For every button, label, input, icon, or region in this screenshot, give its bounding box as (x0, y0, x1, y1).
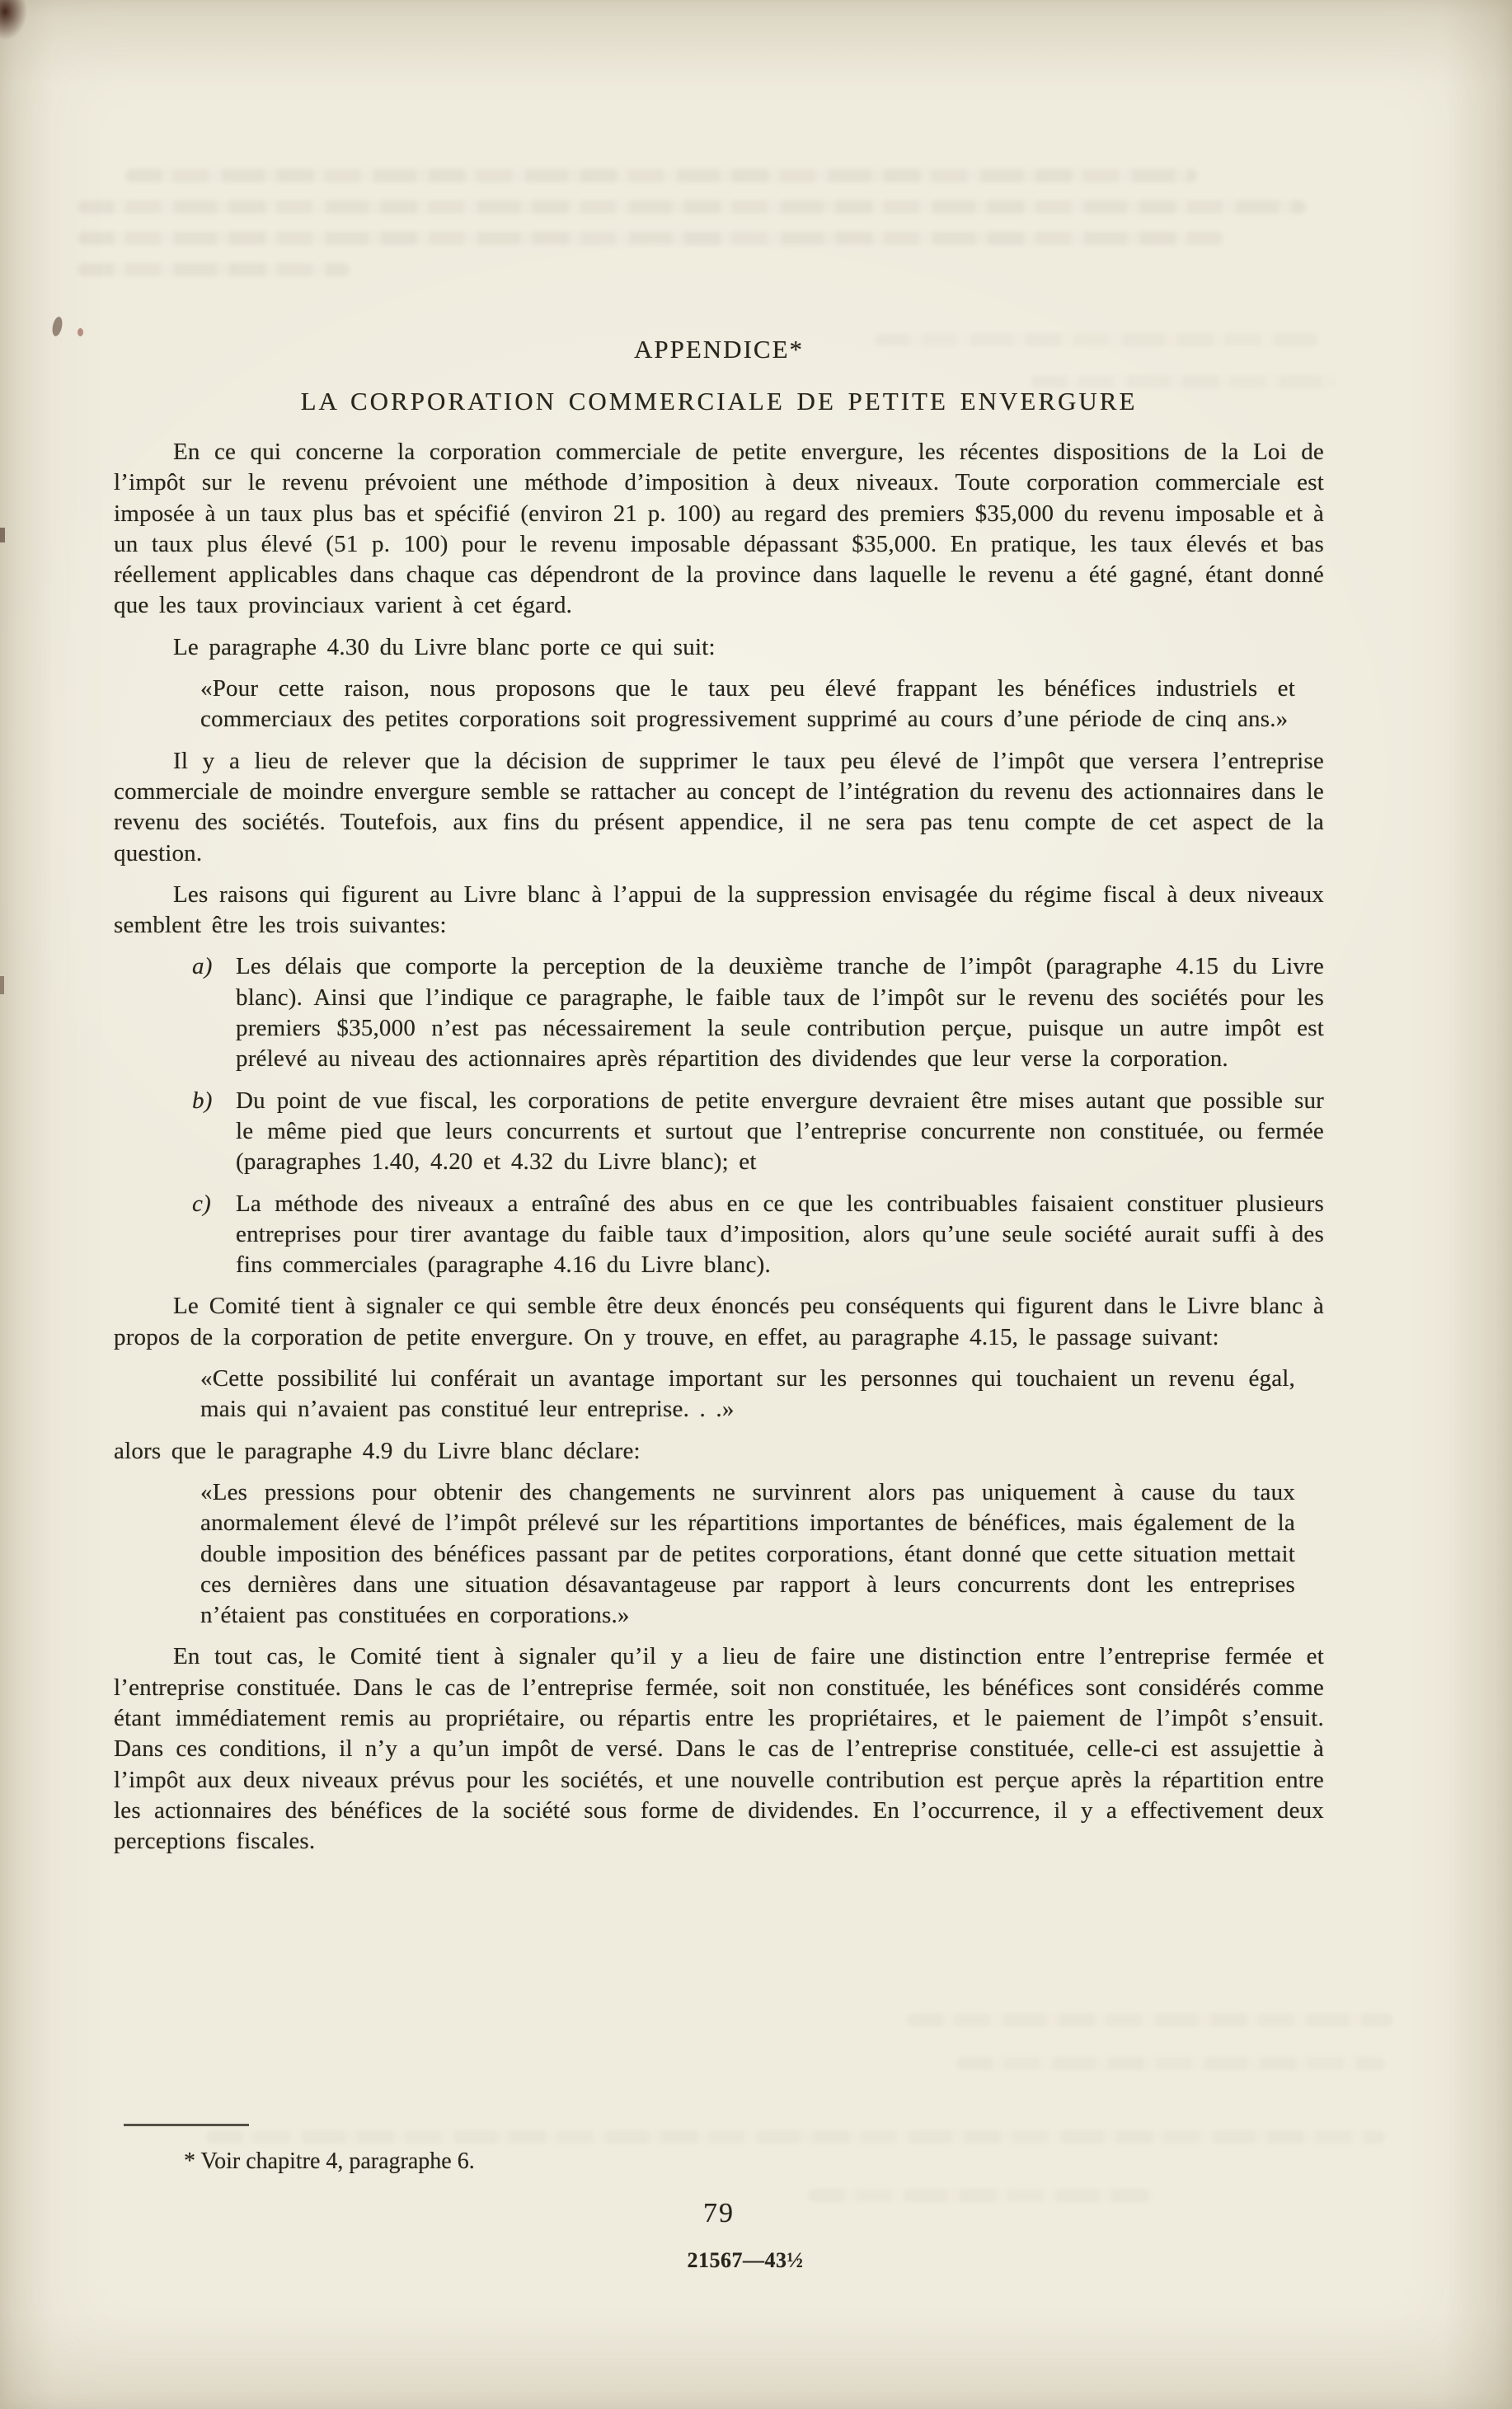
scan-speck (0, 528, 5, 542)
paragraph-livre-blanc-430: Le paragraphe 4.30 du Livre blanc porte … (114, 632, 1324, 663)
footnote: * Voir chapitre 4, paragraphe 6. (114, 2146, 1324, 2177)
quote-paragraph-49: «Les pressions pour obtenir des changeme… (200, 1477, 1295, 1631)
quote-paragraph-415: «Cette possibilité lui conférait un avan… (200, 1364, 1295, 1425)
reason-label-b: b) (192, 1086, 213, 1116)
reason-label-a: a) (192, 951, 213, 982)
footnote-rule (124, 2124, 249, 2126)
paragraph-raisons: Les raisons qui figurent au Livre blanc … (114, 880, 1324, 942)
reason-text-c: La méthode des niveaux a entraîné des ab… (236, 1190, 1324, 1279)
scan-speck (77, 328, 83, 336)
reason-label-c: c) (192, 1189, 211, 1219)
paragraph-decision-supprimer: Il y a lieu de relever que la décision d… (114, 746, 1324, 869)
scanned-document-page: APPENDICE* LA CORPORATION COMMERCIALE DE… (0, 0, 1512, 2409)
scan-speck (51, 316, 64, 337)
paragraph-comite: Le Comité tient à signaler ce qui semble… (114, 1291, 1324, 1353)
paragraph-intro: En ce qui concerne la corporation commer… (114, 437, 1324, 622)
text-column: APPENDICE* LA CORPORATION COMMERCIALE DE… (114, 0, 1324, 1857)
print-code: 21567—43½ (140, 2247, 1350, 2274)
bleedthrough-line (907, 2013, 1393, 2026)
paragraph-conclusion: En tout cas, le Comité tient à signaler … (114, 1641, 1324, 1857)
paragraph-alors-que: alors que le paragraphe 4.9 du Livre bla… (114, 1436, 1324, 1467)
reason-text-b: Du point de vue fiscal, les corporations… (236, 1087, 1324, 1176)
scan-corner-artifact (0, 0, 28, 41)
reason-item-b: b) Du point de vue fiscal, les corporati… (114, 1086, 1324, 1178)
quote-paragraph-430: «Pour cette raison, nous proposons que l… (200, 674, 1295, 735)
scan-speck (0, 976, 4, 994)
page-number: 79 (114, 2197, 1324, 2230)
reason-text-a: Les délais que comporte la perception de… (236, 953, 1324, 1072)
appendix-title: APPENDICE* (114, 335, 1324, 364)
appendix-subtitle: LA CORPORATION COMMERCIALE DE PETITE ENV… (114, 387, 1324, 416)
bleedthrough-line (956, 2057, 1385, 2070)
bleedthrough-line (206, 2130, 1385, 2144)
reason-item-a: a) Les délais que comporte la perception… (114, 951, 1324, 1074)
reason-item-c: c) La méthode des niveaux a entraîné des… (114, 1189, 1324, 1281)
